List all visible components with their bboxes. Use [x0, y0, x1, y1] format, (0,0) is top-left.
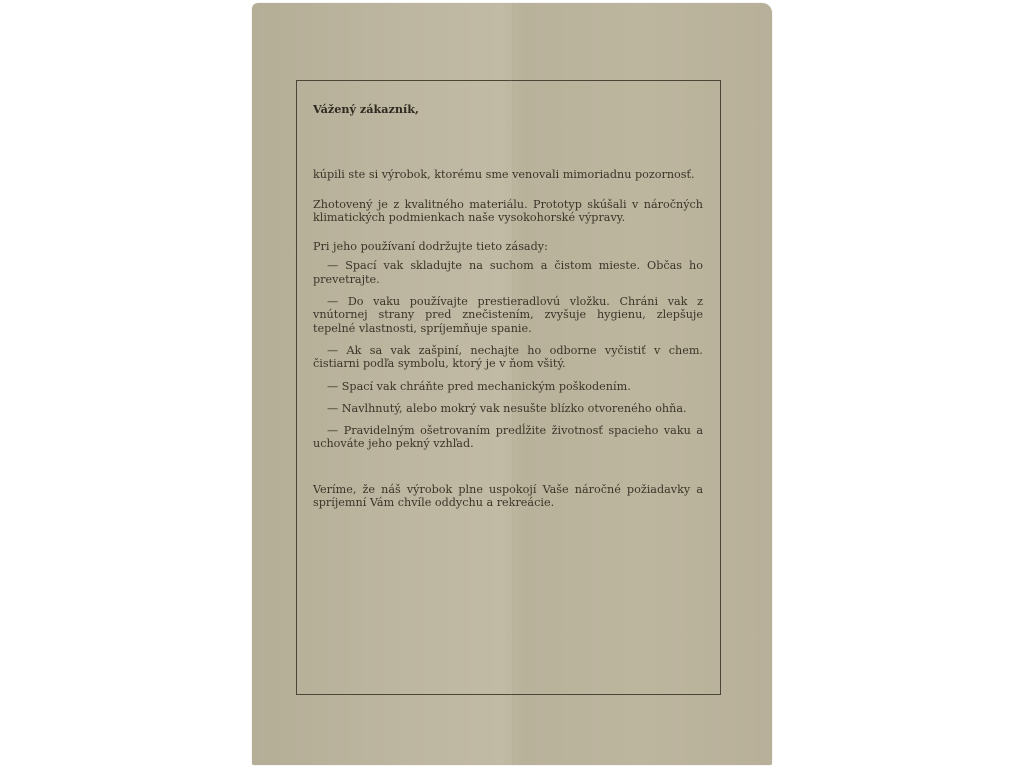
rule-item: — Navlhnutý, alebo mokrý vak nesušte blí…	[313, 402, 703, 415]
rule-item: — Do vaku používajte prestieradlovú vlož…	[313, 295, 703, 335]
rules-intro: Pri jeho používaní dodržujte tieto zásad…	[313, 240, 703, 253]
intro-paragraph: kúpili ste si výrobok, ktorému sme venov…	[313, 168, 703, 181]
material-paragraph: Zhotovený je z kvalitného materiálu. Pro…	[313, 198, 703, 225]
document-border-frame: Vážený zákazník, kúpili ste si výrobok, …	[296, 80, 721, 695]
rule-item: — Pravidelným ošetrovaním predĺžite živo…	[313, 424, 703, 451]
rule-item: — Spací vak chráňte pred mechanickým poš…	[313, 380, 703, 393]
rule-item: — Spací vak skladujte na suchom a čistom…	[313, 259, 703, 286]
rule-item: — Ak sa vak zašpiní, nechajte ho odborne…	[313, 344, 703, 371]
greeting: Vážený zákazník,	[313, 103, 703, 116]
paper-sheet: Vážený zákazník, kúpili ste si výrobok, …	[252, 3, 772, 765]
closing-paragraph: Veríme, že náš výrobok plne uspokojí Vaš…	[313, 483, 703, 510]
letter-content: Vážený zákazník, kúpili ste si výrobok, …	[313, 103, 703, 525]
